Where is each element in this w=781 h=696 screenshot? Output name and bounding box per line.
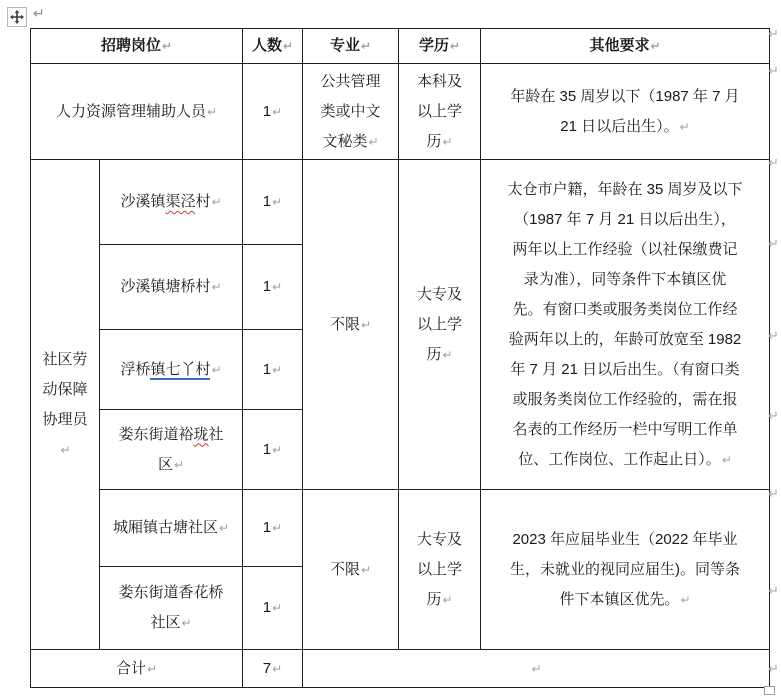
other-requirements-text: 太仓市户籍，年龄在 35 周岁及以下 （1987 年 7 月 21 日以后出生）…	[507, 181, 742, 468]
header-cell-position[interactable]: 招聘岗位↵	[31, 29, 243, 64]
cell-headcount-tangqiao[interactable]: 1↵	[243, 245, 303, 330]
cell-group-label-community-coordinator[interactable]: 社区劳 动保障 协理员↵	[31, 160, 100, 650]
header-major-label: 专业	[330, 37, 360, 54]
headcount-value: 1	[263, 519, 271, 536]
row-end-mark: ↵	[768, 408, 779, 424]
cell-total-label[interactable]: 合计↵	[31, 650, 243, 688]
major-value: 不限	[330, 561, 360, 578]
cell-end-mark: ↵	[173, 458, 184, 472]
cell-education-subgroup-b[interactable]: 大专及 以上学 历↵	[399, 490, 481, 650]
position-name: 人力资源管理辅助人员	[56, 103, 206, 120]
cell-end-mark: ↵	[530, 662, 541, 676]
paragraph-mark: ↵	[33, 5, 45, 22]
cell-other-hr-assistant[interactable]: 年龄在 35 周岁以下（1987 年 7 月 21 日以后出生）。↵	[481, 64, 770, 160]
cell-total-headcount[interactable]: 7↵	[243, 650, 303, 688]
cell-headcount-hr-assistant[interactable]: 1↵	[243, 64, 303, 160]
cell-end-mark: ↵	[218, 521, 229, 535]
table-move-handle[interactable]	[7, 7, 27, 27]
cell-end-mark: ↵	[210, 363, 221, 377]
table-resize-handle[interactable]	[764, 686, 775, 695]
cell-end-mark: ↵	[161, 39, 172, 53]
cell-village-qujing[interactable]: 沙溪镇渠泾村↵	[100, 160, 243, 245]
cell-end-mark: ↵	[441, 135, 452, 149]
row-end-mark: ↵	[768, 328, 779, 344]
cell-end-mark: ↵	[210, 195, 221, 209]
headcount-value: 1	[263, 103, 271, 120]
cell-headcount-qujing[interactable]: 1↵	[243, 160, 303, 245]
header-row: 招聘岗位↵ 人数↵ 专业↵ 学历↵ 其他要求↵	[31, 29, 770, 64]
cell-end-mark: ↵	[210, 280, 221, 294]
cell-end-mark: ↵	[282, 39, 293, 53]
cell-major-subgroup-a[interactable]: 不限↵	[303, 160, 399, 490]
group-label-text: 社区劳 动保障 协理员	[42, 351, 87, 428]
cell-end-mark: ↵	[449, 39, 460, 53]
header-cell-other-requirements[interactable]: 其他要求↵	[481, 29, 770, 64]
village-name-part: 沙溪镇	[120, 193, 165, 210]
cell-end-mark: ↵	[271, 521, 282, 535]
village-name-part: 村	[195, 193, 210, 210]
header-cell-education[interactable]: 学历↵	[399, 29, 481, 64]
cell-end-mark: ↵	[206, 105, 217, 119]
cell-end-mark: ↵	[679, 593, 690, 607]
header-education-label: 学历	[419, 37, 449, 54]
row-end-mark: ↵	[768, 26, 779, 42]
cell-other-subgroup-a[interactable]: 太仓市户籍，年龄在 35 周岁及以下 （1987 年 7 月 21 日以后出生）…	[481, 160, 770, 490]
village-name-part: 沙溪镇塘桥村	[120, 278, 210, 295]
cell-end-mark: ↵	[367, 135, 378, 149]
education-value: 大专及 以上学 历	[417, 286, 462, 363]
education-value: 本科及 以上学 历	[417, 73, 462, 150]
cell-end-mark: ↵	[271, 280, 282, 294]
header-cell-major[interactable]: 专业↵	[303, 29, 399, 64]
cell-headcount-qiya[interactable]: 1↵	[243, 330, 303, 410]
headcount-value: 1	[263, 441, 271, 458]
headcount-value: 1	[263, 278, 271, 295]
cell-headcount-gutang[interactable]: 1↵	[243, 490, 303, 567]
major-value: 不限	[330, 316, 360, 333]
row-end-mark: ↵	[768, 486, 779, 502]
cell-other-subgroup-b[interactable]: 2023 年应届毕业生（2022 年毕业 生，未就业的视同应届生)。同等条 件下…	[481, 490, 770, 650]
cell-total-empty[interactable]: ↵	[303, 650, 770, 688]
village-name-part: 娄东街道香花桥 社区	[118, 584, 223, 631]
cell-end-mark: ↵	[180, 616, 191, 630]
cell-village-qiya[interactable]: 浮桥镇七丫村↵	[100, 330, 243, 410]
cell-end-mark: ↵	[441, 593, 452, 607]
cell-end-mark: ↵	[271, 662, 282, 676]
cell-end-mark: ↵	[360, 318, 371, 332]
cell-end-mark: ↵	[441, 348, 452, 362]
headcount-value: 1	[263, 193, 271, 210]
grammar-flagged-text: 镇七丫村	[150, 361, 210, 380]
village-name-part: 城厢镇古塘社区	[113, 519, 218, 536]
header-position-label: 招聘岗位	[101, 37, 161, 54]
spellcheck-flagged-text: 珑	[193, 426, 208, 443]
move-icon	[10, 10, 24, 24]
cell-education-subgroup-a[interactable]: 大专及 以上学 历↵	[399, 160, 481, 490]
cell-end-mark: ↵	[649, 39, 660, 53]
cell-end-mark: ↵	[679, 120, 690, 134]
headcount-value: 1	[263, 599, 271, 616]
cell-village-xianghuaqiao[interactable]: 娄东街道香花桥 社区↵	[100, 567, 243, 650]
cell-position-hr-assistant[interactable]: 人力资源管理辅助人员↵	[31, 64, 243, 160]
cell-end-mark: ↵	[271, 443, 282, 457]
spellcheck-flagged-text: 渠泾	[165, 193, 195, 210]
row-end-mark: ↵	[768, 155, 779, 171]
header-other-label: 其他要求	[589, 37, 649, 54]
total-headcount-value: 7	[263, 660, 271, 677]
header-cell-headcount[interactable]: 人数↵	[243, 29, 303, 64]
recruitment-table: 招聘岗位↵ 人数↵ 专业↵ 学历↵ 其他要求↵ 人力资源管理辅助人员↵ 1↵ 公…	[30, 28, 770, 688]
total-label: 合计	[116, 660, 146, 677]
row-end-mark: ↵	[768, 661, 779, 677]
row-end-mark: ↵	[768, 583, 779, 599]
cell-major-subgroup-b[interactable]: 不限↵	[303, 490, 399, 650]
cell-end-mark: ↵	[59, 443, 70, 457]
cell-major-hr-assistant[interactable]: 公共管理 类或中文 文秘类↵	[303, 64, 399, 160]
cell-end-mark: ↵	[360, 563, 371, 577]
other-requirements-text: 2023 年应届毕业生（2022 年毕业 生，未就业的视同应届生)。同等条 件下…	[510, 531, 740, 608]
cell-end-mark: ↵	[360, 39, 371, 53]
row-end-mark: ↵	[768, 236, 779, 252]
cell-village-tangqiao[interactable]: 沙溪镇塘桥村↵	[100, 245, 243, 330]
hr-assistant-row: 人力资源管理辅助人员↵ 1↵ 公共管理 类或中文 文秘类↵ 本科及 以上学 历↵…	[31, 64, 770, 160]
cell-village-yulong[interactable]: 娄东街道裕珑社 区↵	[100, 410, 243, 490]
other-requirements-text: 年龄在 35 周岁以下（1987 年 7 月 21 日以后出生）。	[510, 88, 739, 135]
cell-end-mark: ↵	[271, 195, 282, 209]
header-headcount-label: 人数	[252, 37, 282, 54]
cell-end-mark: ↵	[271, 601, 282, 615]
cell-headcount-yulong[interactable]: 1↵	[243, 410, 303, 490]
total-row: 合计↵ 7↵ ↵	[31, 650, 770, 688]
village-row-gutang: 城厢镇古塘社区↵ 1↵ 不限↵ 大专及 以上学 历↵ 2023 年应届毕业生（2…	[31, 490, 770, 567]
cell-end-mark: ↵	[146, 662, 157, 676]
village-name-part: 娄东街道裕	[118, 426, 193, 443]
headcount-value: 1	[263, 361, 271, 378]
cell-education-hr-assistant[interactable]: 本科及 以上学 历↵	[399, 64, 481, 160]
row-end-mark: ↵	[768, 63, 779, 79]
cell-end-mark: ↵	[721, 453, 732, 467]
village-name-part: 浮桥	[120, 361, 150, 378]
cell-village-gutang[interactable]: 城厢镇古塘社区↵	[100, 490, 243, 567]
cell-end-mark: ↵	[271, 363, 282, 377]
education-value: 大专及 以上学 历	[417, 531, 462, 608]
cell-headcount-xianghuaqiao[interactable]: 1↵	[243, 567, 303, 650]
cell-end-mark: ↵	[271, 105, 282, 119]
village-row-qujing: 社区劳 动保障 协理员↵ 沙溪镇渠泾村↵ 1↵ 不限↵ 大专及 以上学 历↵ 太…	[31, 160, 770, 245]
